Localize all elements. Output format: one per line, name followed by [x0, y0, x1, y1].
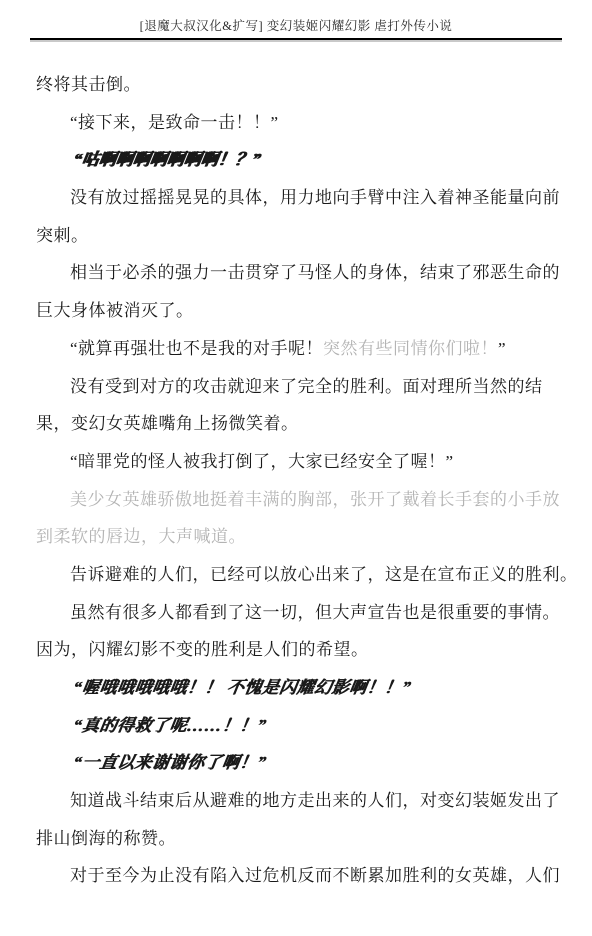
- narration-line: 巨大身体被消灭了。: [36, 292, 560, 330]
- narration-line: 没有放过摇摇晃晃的具体，用力地向手臂中注入着神圣能量向前: [36, 179, 560, 217]
- document-page: [退魔大叔汉化&扩写] 变幻装姬闪耀幻影 虐打外传小说 终将其击倒。 “接下来，…: [0, 0, 592, 936]
- narration-line: 终将其击倒。: [36, 66, 560, 104]
- narration-line: 突刺。: [36, 217, 560, 255]
- sfx-scream-line: “咕啊啊啊啊啊啊啊！？”: [36, 141, 566, 179]
- narration-line-muted: 美少女英雄骄傲地挺着丰满的胸部，张开了戴着长手套的小手放: [36, 481, 560, 519]
- dialogue-segment: “就算再强壮也不是我的对手呢！: [70, 339, 323, 358]
- narration-line-muted: 到柔软的唇边，大声喊道。: [36, 518, 560, 556]
- narration-line: 相当于必杀的强力一击贯穿了马怪人的身体，结束了邪恶生命的: [36, 254, 560, 292]
- narration-line: 知道战斗结束后从避难的地方走出来的人们，对变幻装姬发出了: [36, 782, 560, 820]
- narration-line: 因为，闪耀幻影不变的胜利是人们的希望。: [36, 631, 560, 669]
- dialogue-line: “接下来，是致命一击！！”: [36, 104, 560, 142]
- crowd-dialogue-line: “真的得救了呢……！！”: [36, 707, 566, 745]
- narration-line: 果，变幻女英雄嘴角上扬微笑着。: [36, 405, 560, 443]
- dialogue-segment-muted: 突然有些同情你们啦！: [323, 339, 498, 358]
- narration-line: 排山倒海的称赞。: [36, 820, 560, 858]
- narration-line: 对于至今为止没有陷入过危机反而不断累加胜利的女英雄，人们: [36, 857, 560, 895]
- header-rule: [30, 38, 562, 40]
- document-body: 终将其击倒。 “接下来，是致命一击！！” “咕啊啊啊啊啊啊啊！？” 没有放过摇摇…: [36, 66, 560, 895]
- narration-line: 没有受到对方的攻击就迎来了完全的胜利。面对理所当然的结: [36, 368, 560, 406]
- crowd-dialogue-line: “一直以来谢谢你了啊！”: [36, 744, 566, 782]
- crowd-dialogue-line: “喔哦哦哦哦哦！！ 不愧是闪耀幻影啊！！”: [36, 669, 566, 707]
- dialogue-segment: ”: [498, 339, 506, 358]
- page-header: [退魔大叔汉化&扩写] 变幻装姬闪耀幻影 虐打外传小说: [30, 18, 562, 34]
- header-title: [退魔大叔汉化&扩写] 变幻装姬闪耀幻影 虐打外传小说: [30, 18, 562, 34]
- narration-line: 虽然有很多人都看到了这一切，但大声宣告也是很重要的事情。: [36, 594, 560, 632]
- dialogue-line-mixed-color: “就算再强壮也不是我的对手呢！突然有些同情你们啦！”: [36, 330, 560, 368]
- narration-line: 告诉避难的人们，已经可以放心出来了，这是在宣布正义的胜利。: [36, 556, 560, 594]
- dialogue-line: “暗罪党的怪人被我打倒了，大家已经安全了喔！”: [36, 443, 560, 481]
